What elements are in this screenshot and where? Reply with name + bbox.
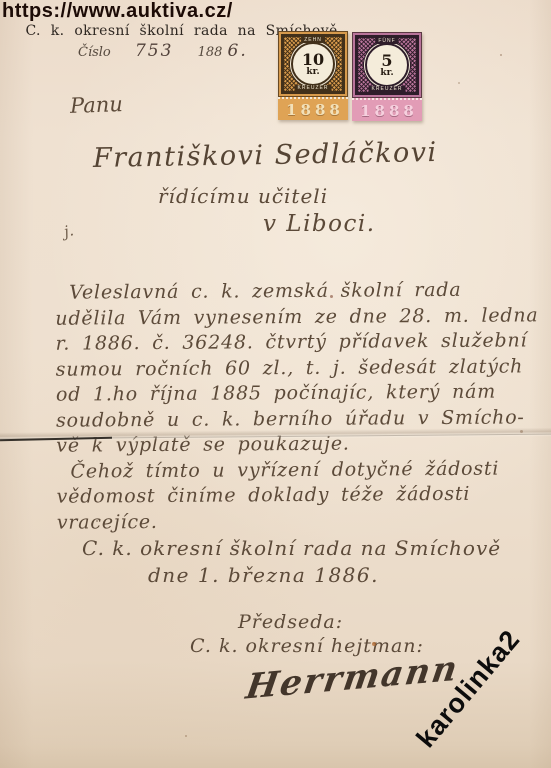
stamp-unit: kr. (380, 69, 393, 78)
body-line: sumou ročních 60 zl., t. j. šedesát zlat… (56, 354, 539, 383)
auction-url-watermark: https://www.auktiva.cz/ (2, 0, 233, 23)
stamp-value-circle: 10 kr. (291, 42, 335, 86)
salutation: Panu (70, 92, 124, 118)
paper-speck (520, 430, 523, 433)
revenue-stamp-10kr: ZEHN 10 kr. KREUZER 1888 (278, 31, 348, 120)
body-line: r. 1886. č. 36248. čtvrtý přídavek služe… (55, 328, 538, 357)
addressee-role: řídícímu učiteli (158, 184, 328, 208)
closing-title-chairman: Předseda: (238, 611, 343, 633)
margin-paraph: j. (62, 221, 75, 241)
revenue-stamp-5kr: FÜNF 5 kr. KREUZER 1888 (352, 32, 422, 121)
paper-speck (96, 520, 98, 522)
stamp-value: 10 (302, 52, 324, 68)
body-line: vracejíce. (57, 507, 540, 536)
stamp-unit: kr. (306, 68, 319, 77)
rust-stain (372, 642, 376, 646)
paper-speck (185, 735, 187, 737)
stamp-year: 1888 (356, 102, 418, 120)
year-digit-handwritten: 6. (228, 41, 248, 61)
closing-date-line: dne 1. března 1886. (148, 563, 379, 587)
body-line: Veleslavná c. k. zemská školní rada (55, 277, 538, 306)
body-line: od 1.ho října 1885 počínajíc, který nám (56, 379, 539, 408)
stamp-year-tab: 1888 (352, 98, 422, 121)
addressee-place: v Liboci. (263, 211, 376, 237)
body-line: vědomost činíme doklady téže žádosti (57, 481, 540, 510)
paper-speck (500, 54, 502, 56)
body-line: Čehož tímto u vyřízení dotyčné žádosti (56, 456, 539, 485)
stamp-value-circle: 5 kr. (365, 43, 409, 87)
year-printed: 188 (198, 45, 223, 60)
paper-speck (458, 82, 460, 84)
stamp-year-tab: 1888 (278, 97, 348, 120)
scanned-document-page: https://www.auktiva.cz/ C. k. okresní šk… (0, 0, 551, 768)
stamp-frame: ZEHN 10 kr. KREUZER (278, 31, 348, 97)
document-number-line: Číslo 753 188 6. (78, 41, 248, 61)
signature: Herrmann (243, 648, 462, 707)
stamp-frame: FÜNF 5 kr. KREUZER (352, 32, 422, 98)
letter-body: Veleslavná c. k. zemská školní rada uděl… (55, 277, 540, 535)
stamp-denomination-word: FÜNF (375, 38, 398, 44)
body-line: udělila Vám vynesením ze dne 28. m. ledn… (55, 303, 538, 332)
stamp-value: 5 (381, 53, 392, 69)
stamp-year: 1888 (282, 101, 344, 119)
stamp-currency-word: KREUZER (369, 86, 406, 92)
closing-office-line: C. k. okresní školní rada na Smíchově (82, 536, 501, 560)
ink-blot (330, 295, 333, 298)
document-number-handwritten: 753 (135, 41, 173, 61)
stamp-currency-word: KREUZER (295, 85, 332, 91)
stamp-denomination-word: ZEHN (301, 37, 325, 43)
addressee-name: Františkovi Sedláčkovi (93, 137, 438, 174)
number-label: Číslo (78, 45, 111, 60)
